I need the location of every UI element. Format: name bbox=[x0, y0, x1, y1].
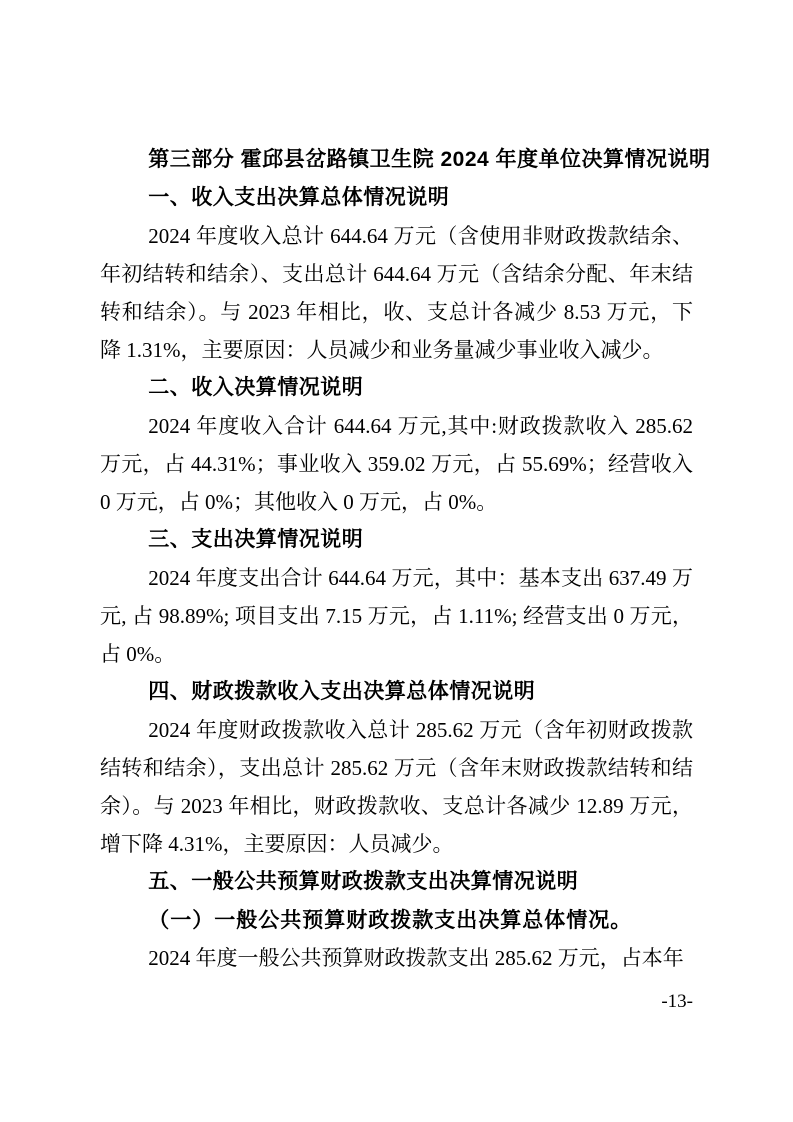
section-5-heading: 五、一般公共预算财政拨款支出决算情况说明 bbox=[100, 863, 693, 901]
section-3-heading: 三、支出决算情况说明 bbox=[100, 521, 693, 559]
document-page: 第三部分 霍邱县岔路镇卫生院 2024 年度单位决算情况说明 一、收入支出决算总… bbox=[0, 0, 793, 1122]
section-4-heading: 四、财政拨款收入支出决算总体情况说明 bbox=[100, 673, 693, 711]
content-area: 第三部分 霍邱县岔路镇卫生院 2024 年度单位决算情况说明 一、收入支出决算总… bbox=[100, 141, 693, 977]
section-2-paragraph: 2024 年度收入合计 644.64 万元,其中:财政拨款收入 285.62 万… bbox=[100, 407, 693, 521]
section-4-paragraph: 2024 年度财政拨款收入总计 285.62 万元（含年初财政拨款结转和结余），… bbox=[100, 711, 693, 863]
section-1-paragraph: 2024 年度收入总计 644.64 万元（含使用非财政拨款结余、年初结转和结余… bbox=[100, 217, 693, 369]
section-5-subheading: （一）一般公共预算财政拨款支出决算总体情况。 bbox=[100, 901, 693, 939]
section-5-paragraph: 2024 年度一般公共预算财政拨款支出 285.62 万元，占本年 bbox=[100, 939, 693, 977]
section-1-heading: 一、收入支出决算总体情况说明 bbox=[100, 179, 693, 217]
page-number: -13- bbox=[661, 991, 693, 1013]
section-2-heading: 二、收入决算情况说明 bbox=[100, 369, 693, 407]
part-title: 第三部分 霍邱县岔路镇卫生院 2024 年度单位决算情况说明 bbox=[100, 141, 693, 179]
section-3-paragraph: 2024 年度支出合计 644.64 万元，其中：基本支出 637.49 万元,… bbox=[100, 559, 693, 673]
